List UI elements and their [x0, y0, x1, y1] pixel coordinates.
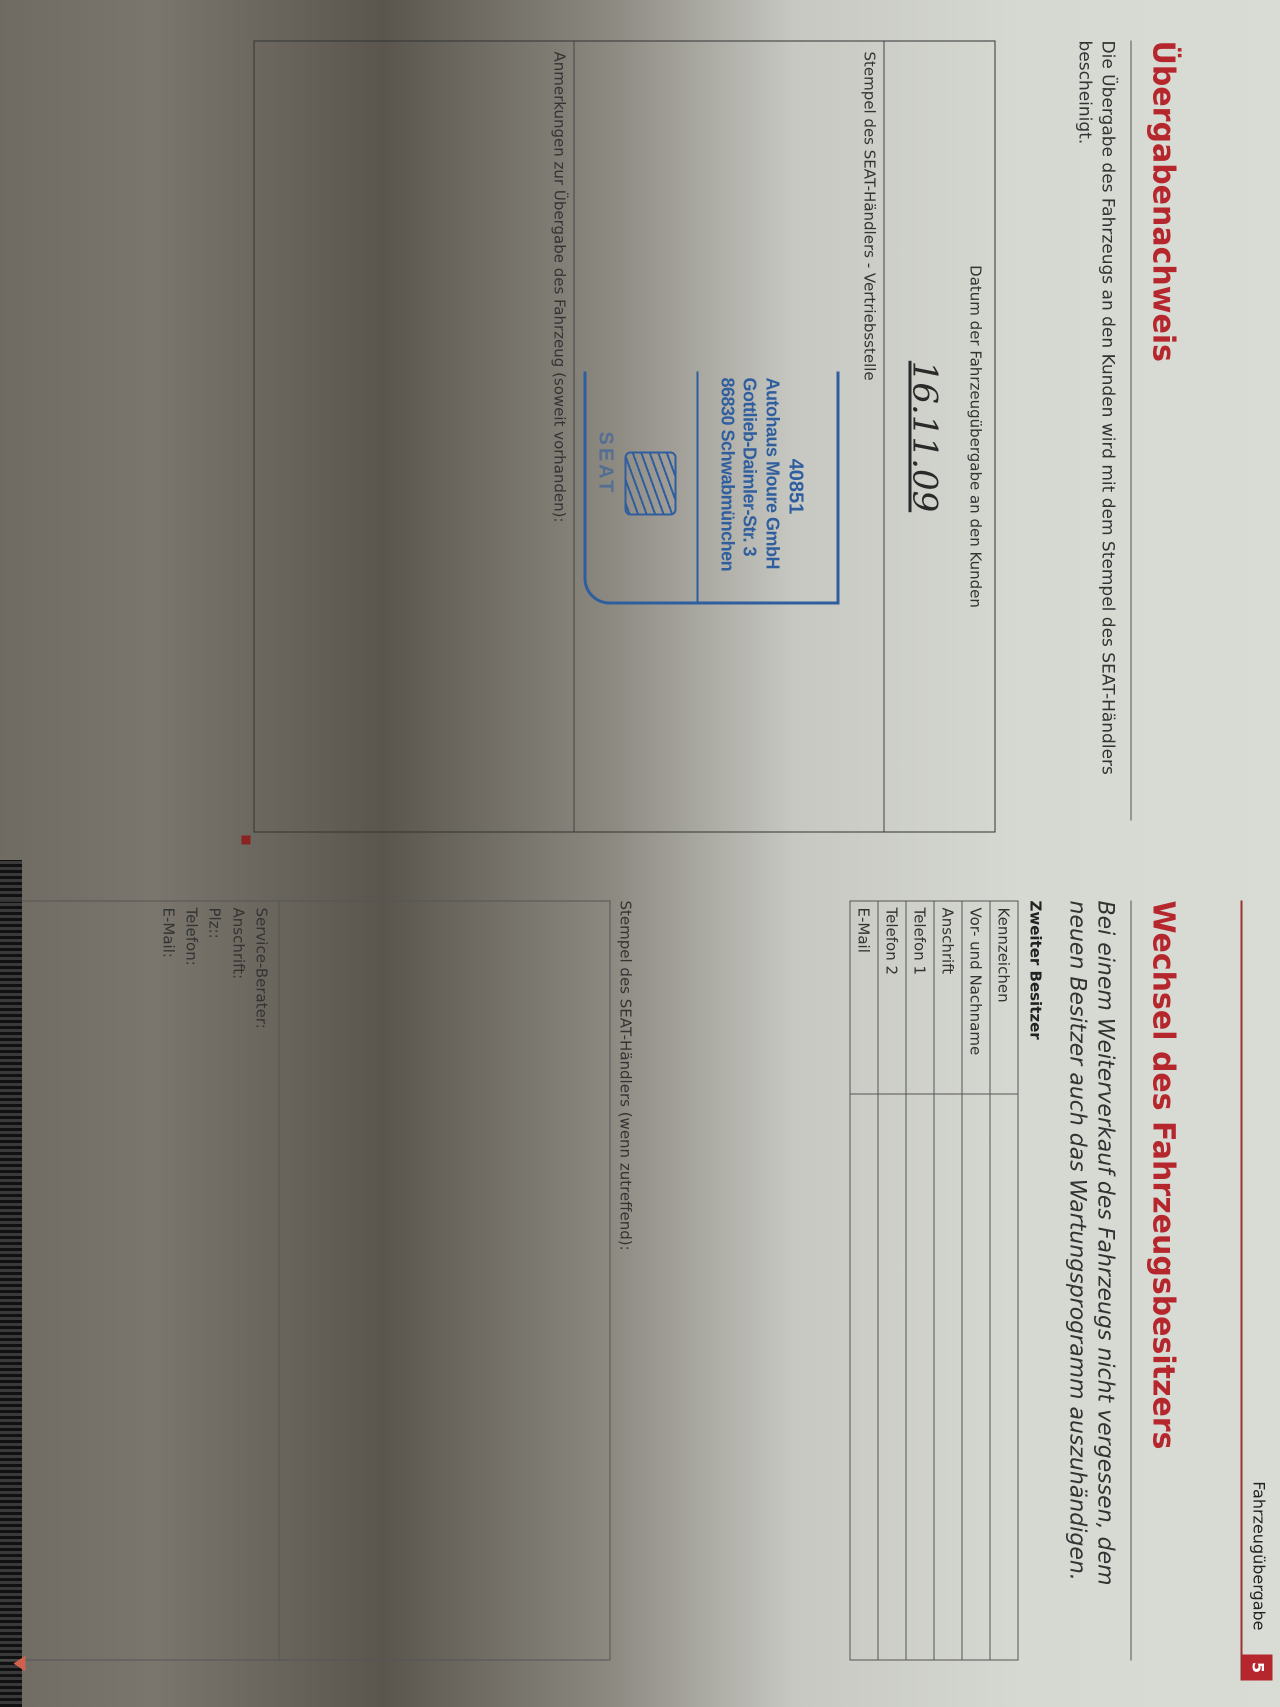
field-label: Vor- und Nachname	[961, 901, 989, 1094]
field-label: Kennzeichen	[989, 901, 1017, 1094]
owner-change-section: Wechsel des Fahrzeugsbesitzers Bei einem…	[849, 900, 1280, 1660]
handover-intro: Die Übergabe des Fahrzeugs an den Kunden…	[1072, 40, 1118, 820]
handover-notes-field[interactable]: Anmerkungen zur Übergabe des Fahrzeug (s…	[254, 41, 574, 831]
dealer-contact-area[interactable]: Service-Berater:Anschrift:Plz::Telefon:E…	[0, 900, 279, 1660]
dealer-contact-label: Service-Berater:	[249, 907, 272, 1653]
second-owner-table: KennzeichenVor- und NachnameAnschriftTel…	[849, 900, 1018, 1660]
owner-change-intro: Bei einem Weiterverkauf des Fahrzeugs ni…	[1062, 900, 1118, 1660]
dealer-contact-label: Telefon:	[179, 907, 202, 1653]
dealer-stamp-area[interactable]	[279, 900, 610, 1660]
table-row: Kennzeichen	[989, 901, 1017, 1660]
field-input[interactable]	[961, 1094, 989, 1660]
dealer-stamp-field[interactable]: Stempel des SEAT-Händlers - Vertriebsste…	[573, 41, 884, 831]
dealer-contact-label: Anschrift:	[226, 907, 249, 1653]
dealer-name: Autohaus Moure GmbH	[761, 371, 784, 601]
field-label: Anschrift	[933, 901, 961, 1094]
dealer-city: 86830 Schwabmünchen	[716, 371, 739, 601]
table-row: E-Mail	[849, 901, 877, 1660]
table-row: Telefon 2	[877, 901, 905, 1660]
dealer-contact-label: E-Mail:	[156, 907, 179, 1653]
dealer-street: Gottlieb-Daimler-Str. 3	[738, 371, 761, 601]
seat-logo-icon	[624, 451, 676, 515]
dealer-contact-label: Plz::	[202, 907, 225, 1653]
dealer-stamp-optional-label: Stempel des SEAT-Händlers (wenn zutreffe…	[616, 900, 634, 1660]
handover-form: Datum der Fahrzeugübergabe an den Kunden…	[253, 40, 995, 832]
handover-date-value: 16.11.09	[904, 41, 944, 831]
dealer-stamp-box: Stempel des SEAT-Händlers (wenn zutreffe…	[20, 900, 640, 1660]
document-page: Fahrzeugübergabe 5 Übergabenachweis Die …	[0, 0, 1280, 1707]
handover-date-label: Datum der Fahrzeugübergabe an den Kunden	[966, 41, 984, 831]
next-page-arrow-icon	[13, 1655, 25, 1671]
section-end-marker-icon	[241, 835, 250, 844]
field-input[interactable]	[905, 1094, 933, 1660]
dealer-stamp-label: Stempel des SEAT-Händlers - Vertriebsste…	[860, 51, 878, 380]
table-row: Telefon 1	[905, 901, 933, 1660]
field-input[interactable]	[877, 1094, 905, 1660]
field-input[interactable]	[849, 1094, 877, 1660]
handover-notes-label: Anmerkungen zur Übergabe des Fahrzeug (s…	[550, 51, 568, 522]
seat-brand-text: SEAT	[593, 431, 616, 495]
handover-date-field[interactable]: Datum der Fahrzeugübergabe an den Kunden…	[883, 41, 994, 831]
table-row: Vor- und Nachname	[961, 901, 989, 1660]
table-row: Anschrift	[933, 901, 961, 1660]
field-label: Telefon 1	[905, 901, 933, 1094]
field-label: E-Mail	[849, 901, 877, 1094]
dealer-stamp: 40851 Autohaus Moure GmbH Gottlieb-Daiml…	[583, 371, 839, 604]
field-input[interactable]	[989, 1094, 1017, 1660]
owner-change-title: Wechsel des Fahrzeugsbesitzers	[1130, 900, 1280, 1660]
second-owner-heading: Zweiter Besitzer	[1026, 900, 1044, 1660]
field-input[interactable]	[933, 1094, 961, 1660]
stamp-divider	[696, 371, 698, 601]
handover-section: Übergabenachweis Die Übergabe des Fahrze…	[1054, 40, 1280, 890]
field-label: Telefon 2	[877, 901, 905, 1094]
handover-title: Übergabenachweis	[1130, 40, 1280, 820]
dealer-code: 40851	[783, 371, 806, 601]
